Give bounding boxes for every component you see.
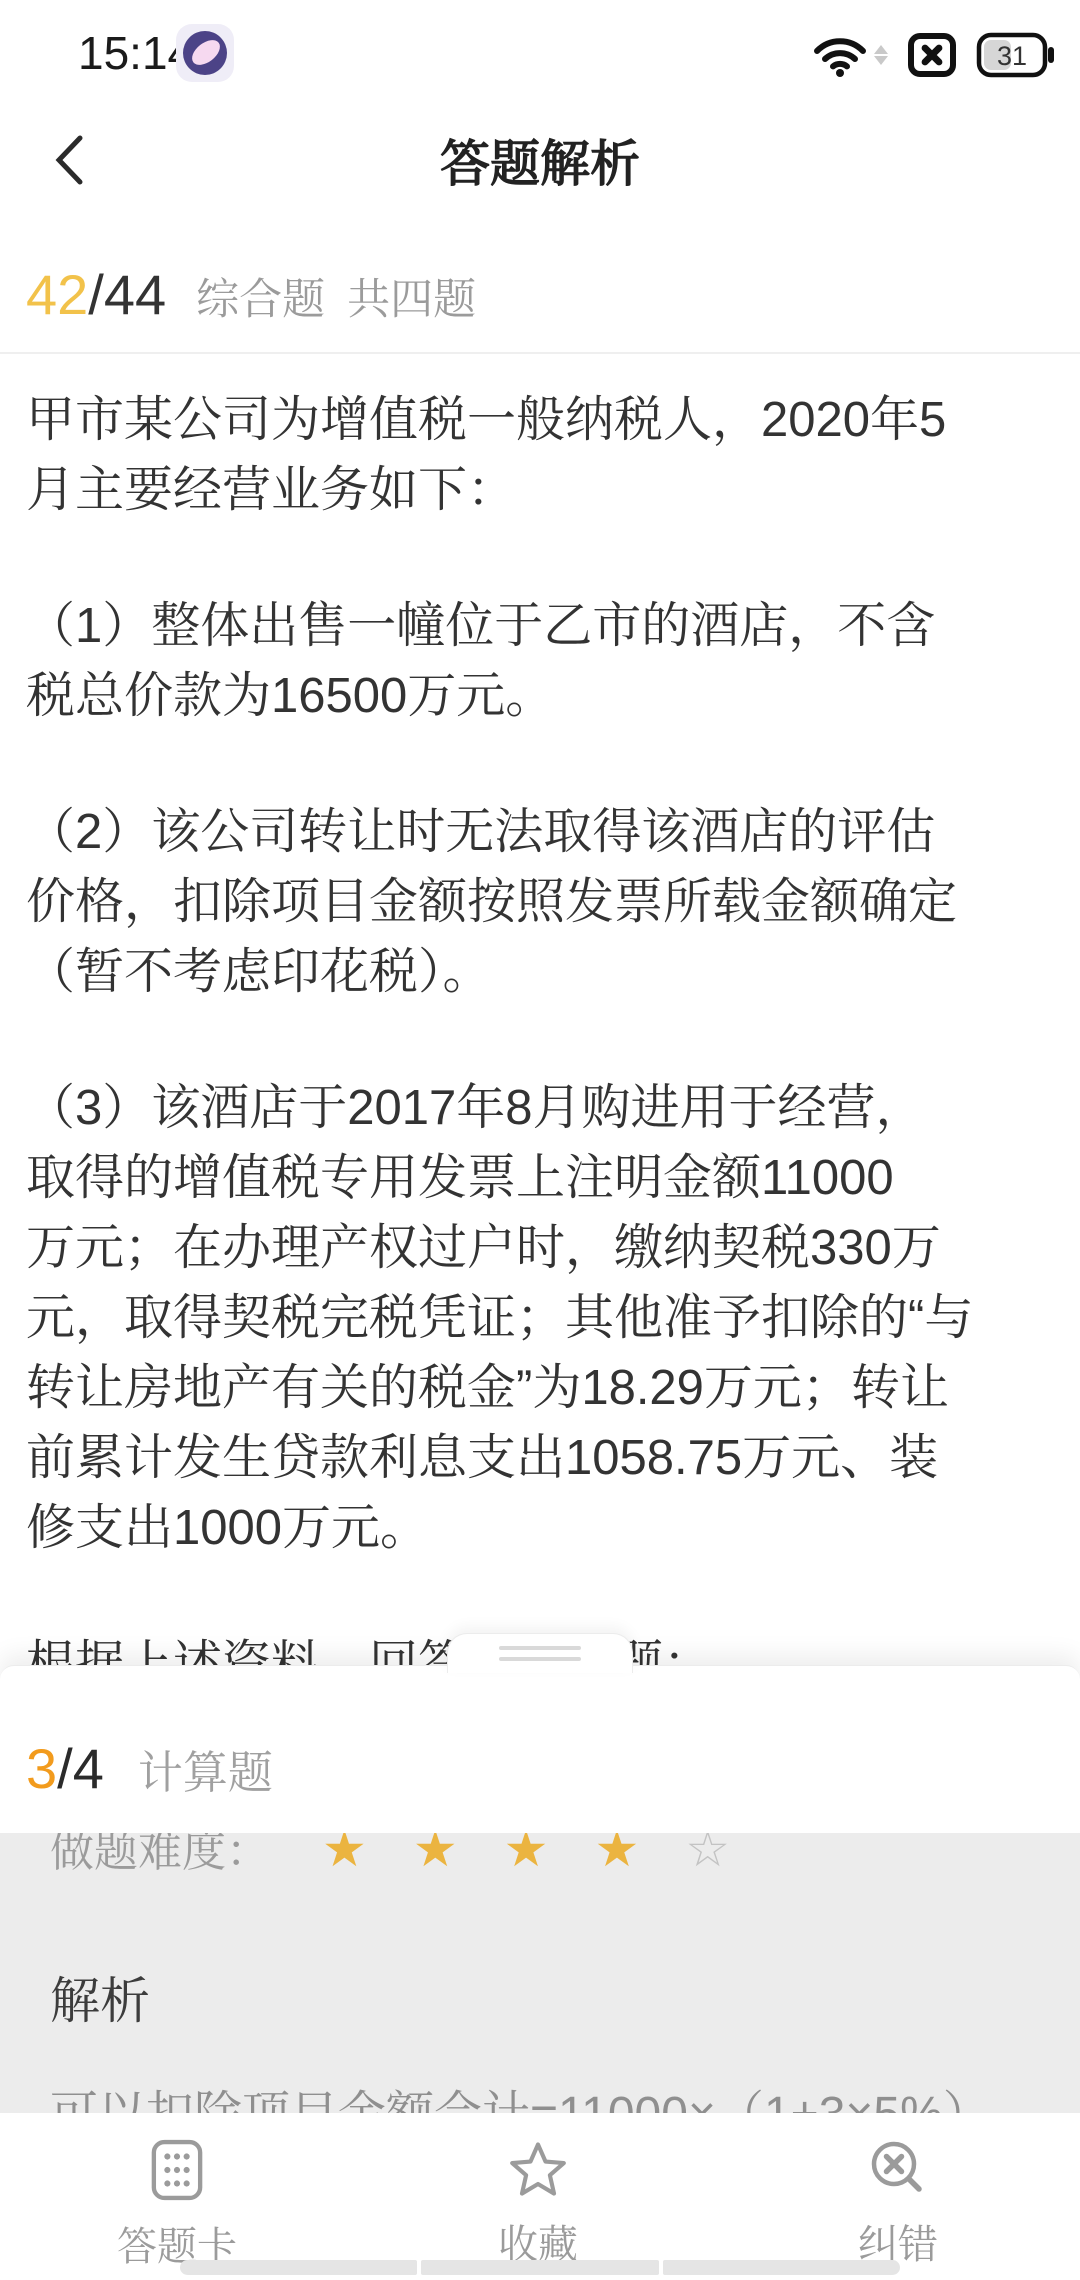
stars-filled-icon: ★★★★ [322, 1833, 685, 1877]
gesture-bar-segment [180, 2260, 417, 2275]
star-empty-icon: ☆ [685, 1833, 776, 1877]
battery-icon: 31 [976, 32, 1056, 78]
app-bar: 答题解析 [0, 100, 1080, 220]
sheet-body: 3 / 4 计算题 做题难度： ★★★★☆ 解析 可以扣除项目金额合计=1100… [0, 1665, 1080, 2280]
bottom-nav: 答题卡 收藏 纠错 [0, 2113, 1080, 2280]
difficulty-label: 做题难度： [50, 1833, 270, 1879]
status-bar: 15:14 31 [0, 0, 1080, 100]
nav-item-answer-card[interactable]: 答题卡 [77, 2139, 277, 2272]
question-paragraph: （3）该酒店于2017年8月购进用于经营， 取得的增值税专用发票上注明金额110… [26, 1073, 1056, 1563]
analysis-text: 可以扣除项目金额合计=11000×（1+3×5%） [50, 2075, 1050, 2113]
answer-bottom-sheet: 3 / 4 计算题 做题难度： ★★★★☆ 解析 可以扣除项目金额合计=1100… [0, 1665, 1080, 2280]
question-current-number: 42 [26, 262, 88, 327]
notification-app-icon-glyph [183, 31, 227, 75]
question-total-number: 44 [104, 262, 166, 327]
analysis-heading: 解析 [50, 1961, 150, 2033]
wifi-icon [812, 32, 868, 78]
answer-card-icon [150, 2139, 204, 2201]
sub-question-progress: 3 / 4 计算题 [26, 1736, 273, 1801]
question-paragraph: （1）整体出售一幢位于乙市的酒店，不含 税总价款为16500万元。 [26, 591, 1056, 731]
question-body: 甲市某公司为增值税一般纳税人，2020年5 月主要经营业务如下： （1）整体出售… [26, 385, 1056, 1765]
gesture-navigation-bar[interactable] [180, 2260, 900, 2275]
sub-question-total: 4 [73, 1736, 104, 1801]
difficulty-row: 做题难度： ★★★★☆ [50, 1833, 776, 1879]
question-type-label: 综合题 [196, 266, 325, 327]
sheet-drag-handle[interactable] [447, 1633, 633, 1673]
no-sim-icon [906, 30, 958, 80]
battery-percent: 31 [997, 41, 1027, 71]
nav-item-report-error[interactable]: 纠错 [798, 2139, 998, 2270]
page-title: 答题解析 [0, 124, 1080, 196]
sheet-header: 3 / 4 计算题 [0, 1666, 1080, 1833]
notification-app-icon [176, 24, 234, 82]
gesture-bar-segment [663, 2260, 900, 2275]
question-count-label: 共四题 [347, 266, 476, 327]
favorite-star-icon [507, 2139, 569, 2199]
divider [0, 352, 1080, 354]
drag-handle-line [499, 1646, 581, 1650]
sub-question-type-label: 计算题 [138, 1736, 273, 1801]
question-paragraph: （2）该公司转让时无法取得该酒店的评估 价格，扣除项目金额按照发票所载金额确定 … [26, 797, 1056, 1007]
drag-handle-line [499, 1657, 581, 1661]
network-activity-icon [874, 45, 888, 65]
question-paragraph: 甲市某公司为增值税一般纳税人，2020年5 月主要经营业务如下： [26, 385, 1056, 525]
gesture-bar-segment [421, 2260, 658, 2275]
sub-question-current: 3 [26, 1736, 57, 1801]
question-progress: 42 / 44 综合题 共四题 [26, 262, 476, 327]
difficulty-star-rating: ★★★★☆ [322, 1833, 776, 1878]
nav-item-favorite[interactable]: 收藏 [438, 2139, 638, 2270]
analysis-panel[interactable]: 做题难度： ★★★★☆ 解析 可以扣除项目金额合计=11000×（1+3×5%） [0, 1833, 1080, 2113]
error-correction-icon [869, 2139, 927, 2199]
